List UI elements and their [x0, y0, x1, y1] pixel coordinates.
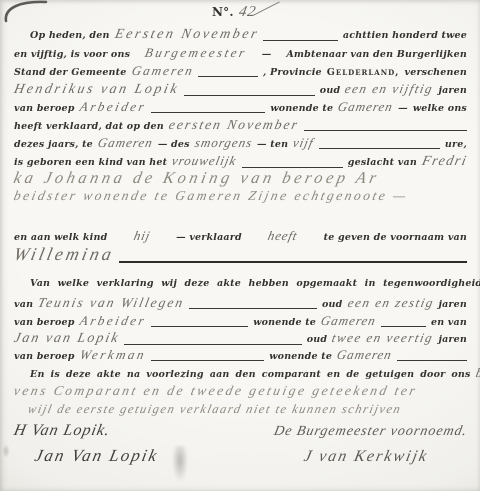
handwritten-text: Jan Van Lopik [33, 446, 161, 466]
handwritten-text: wijl de eerste getuigen verklaard niet t… [26, 402, 402, 417]
handwritten-text: Jan van Lopik [12, 331, 121, 347]
blank-line-rule [151, 322, 248, 327]
handwritten-text: Teunis van Willegen [36, 295, 186, 311]
handwritten-text: Gameren [319, 313, 377, 329]
printed-text: van beroep [14, 317, 75, 328]
spacer [14, 460, 30, 461]
printed-text: — verklaard [176, 232, 242, 243]
document-line: heeft verklaard, dat op deneersten Novem… [14, 117, 467, 133]
printed-text: oud [307, 334, 328, 345]
handwritten-text: Gameren [337, 99, 395, 115]
blank-line-rule [119, 257, 467, 263]
document-line: Jan Van LopikJ van Kerkwijk [14, 446, 467, 466]
handwritten-text: J van Kerkwijk [302, 448, 430, 466]
printed-text: Ambtenaar van den Burgerlijken [286, 49, 467, 60]
handwritten-text: hij [132, 228, 152, 244]
document-line: ka Johanna de Koning van beroep Ar [14, 168, 467, 188]
ink-smudge [2, 444, 10, 458]
handwritten-text: eersten November [167, 117, 300, 133]
printed-text: En is deze akte na voorlezing aan den co… [30, 369, 471, 380]
printed-text: — [262, 49, 272, 60]
ink-smudge [172, 446, 188, 482]
blank-line-rule [319, 144, 440, 149]
printed-text: van beroep [14, 103, 75, 114]
printed-text: achttien honderd twee [343, 30, 467, 41]
document-line: vens Comparant en de tweede getuige gete… [14, 383, 467, 399]
blank-line-rule [151, 356, 265, 361]
handwritten-text: ka Johanna de Koning van beroep Ar [12, 168, 382, 188]
blank-line-rule [124, 340, 301, 345]
document-line: Hendrikus van Lopikoudeen en vijftigjare… [14, 81, 467, 98]
document-line: beidster wonende te Gameren Zijne echtge… [14, 188, 467, 204]
document-line: dezes jaars, teGameren— dessmorgens— ten… [14, 135, 467, 151]
printed-text: en vijftig, is voor ons [14, 49, 130, 60]
document-line: Willemina [14, 244, 467, 265]
printed-text: Stand der Gemeente [14, 67, 127, 78]
printed-text: en aan welk kind [14, 232, 107, 243]
printed-text: te geven de voornaam van [324, 232, 467, 243]
document-line: H Van Lopik.De Burgemeester voornoemd. [14, 422, 467, 440]
blank-line-rule [189, 304, 317, 309]
blank-line-rule [381, 322, 426, 327]
printed-text: oud [322, 299, 343, 310]
handwritten-text: De Burgemeester voornoemd. [272, 424, 468, 440]
printed-text: N°. [212, 5, 234, 19]
printed-text: jaren [438, 299, 467, 310]
handwritten-text: een en zestig [346, 295, 435, 311]
handwritten-text: Gameren [96, 135, 154, 151]
printed-text: , Provincie [263, 67, 322, 78]
document-line: en aan welk kindhij— verklaardheeftte ge… [14, 228, 467, 244]
handwritten-text: bene [474, 365, 480, 381]
printed-text: wonende te [270, 103, 333, 114]
document-line: Van welke verklaring wij deze akte hebbe… [14, 278, 467, 289]
handwritten-text: Gameren [130, 63, 195, 79]
blank-line-rule [198, 72, 258, 77]
handwritten-text: Arbeider [78, 99, 148, 115]
handwritten-text: vrouwelijk [170, 153, 238, 169]
blank-line-rule [397, 356, 467, 361]
printed-text: van [14, 299, 33, 310]
document-line: N°.42 [14, 4, 467, 23]
blank-line-rule [263, 36, 337, 41]
document-line: En is deze akte na voorlezing aan den co… [14, 365, 467, 381]
handwritten-text: vijf [292, 135, 316, 151]
printed-text: en van [431, 317, 467, 328]
handwritten-text: een en vijftig [344, 81, 436, 97]
printed-text: wonende te [269, 351, 332, 362]
handwritten-text: Willemina [12, 244, 116, 265]
printed-text: welke ons [413, 103, 467, 114]
printed-text: is geboren een kind van het [14, 157, 167, 168]
printed-text: Op heden, den [30, 30, 110, 41]
spacer [115, 434, 269, 435]
handwritten-text: smorgens [193, 135, 254, 151]
handwritten-text: Hendrikus van Lopik [12, 82, 180, 98]
handwritten-text: H Van Lopik. [12, 422, 112, 440]
printed-text: jaren [438, 85, 467, 96]
document-line: Jan van Lopikoudtwee en veertigjaren [14, 330, 467, 347]
printed-text: ure, [445, 139, 467, 150]
document-line: Op heden, denEersten Novemberachttien ho… [14, 27, 467, 43]
handwritten-text: twee en veertig [331, 330, 436, 346]
document-line: van beroepWerkmanwonende teGameren [14, 347, 467, 363]
printed-text: geslacht van [348, 157, 417, 168]
printed-text: van beroep [14, 351, 75, 362]
document-line: van beroepArbeiderwonende teGamerenen va… [14, 313, 467, 329]
printed-text: wonende te [253, 317, 316, 328]
handwritten-text: Burgemeester [143, 45, 248, 61]
spacer [433, 460, 467, 461]
printed-text: — ten [257, 139, 288, 150]
printed-text: dezes jaars, te [14, 139, 93, 150]
blank-line-rule [184, 91, 315, 96]
handwritten-text: heeft [266, 228, 299, 244]
printed-text: oud [320, 85, 341, 96]
document-line: wijl de eerste getuigen verklaard niet t… [14, 402, 467, 417]
handwritten-text: Eersten November [113, 27, 260, 43]
printed-text: jaren [438, 334, 467, 345]
blank-line-rule [151, 108, 266, 113]
document-page: N°.42Op heden, denEersten Novemberachtti… [0, 0, 480, 491]
document-line: vanTeunis van Willegenoudeen en zestigja… [14, 295, 467, 311]
handwritten-text: Gameren [335, 347, 393, 363]
document-line: en vijftig, is voor onsBurgemeester—Ambt… [14, 45, 467, 61]
blank-line-rule [304, 126, 467, 131]
handwritten-text: vens Comparant en de tweede getuige gete… [12, 383, 419, 399]
printed-text: heeft verklaard, dat op den [14, 121, 164, 132]
handwritten-text: 42 [237, 4, 258, 21]
printed-text: — [398, 103, 408, 114]
printed-text: verschenen [404, 67, 467, 78]
printed-text: Van welke verklaring wij deze akte hebbe… [30, 278, 480, 289]
handwritten-text: beidster wonende te Gameren Zijne echtge… [12, 188, 409, 204]
document-line: van beroepArbeiderwonende teGameren—welk… [14, 99, 467, 115]
handwritten-text: Werkman [78, 347, 148, 363]
document-line: Stand der GemeenteGameren, ProvincieGeld… [14, 63, 467, 79]
printed-text: — des [158, 139, 190, 150]
handwritten-text: Arbeider [78, 313, 148, 329]
printed-text: Gelderland, [327, 67, 400, 78]
